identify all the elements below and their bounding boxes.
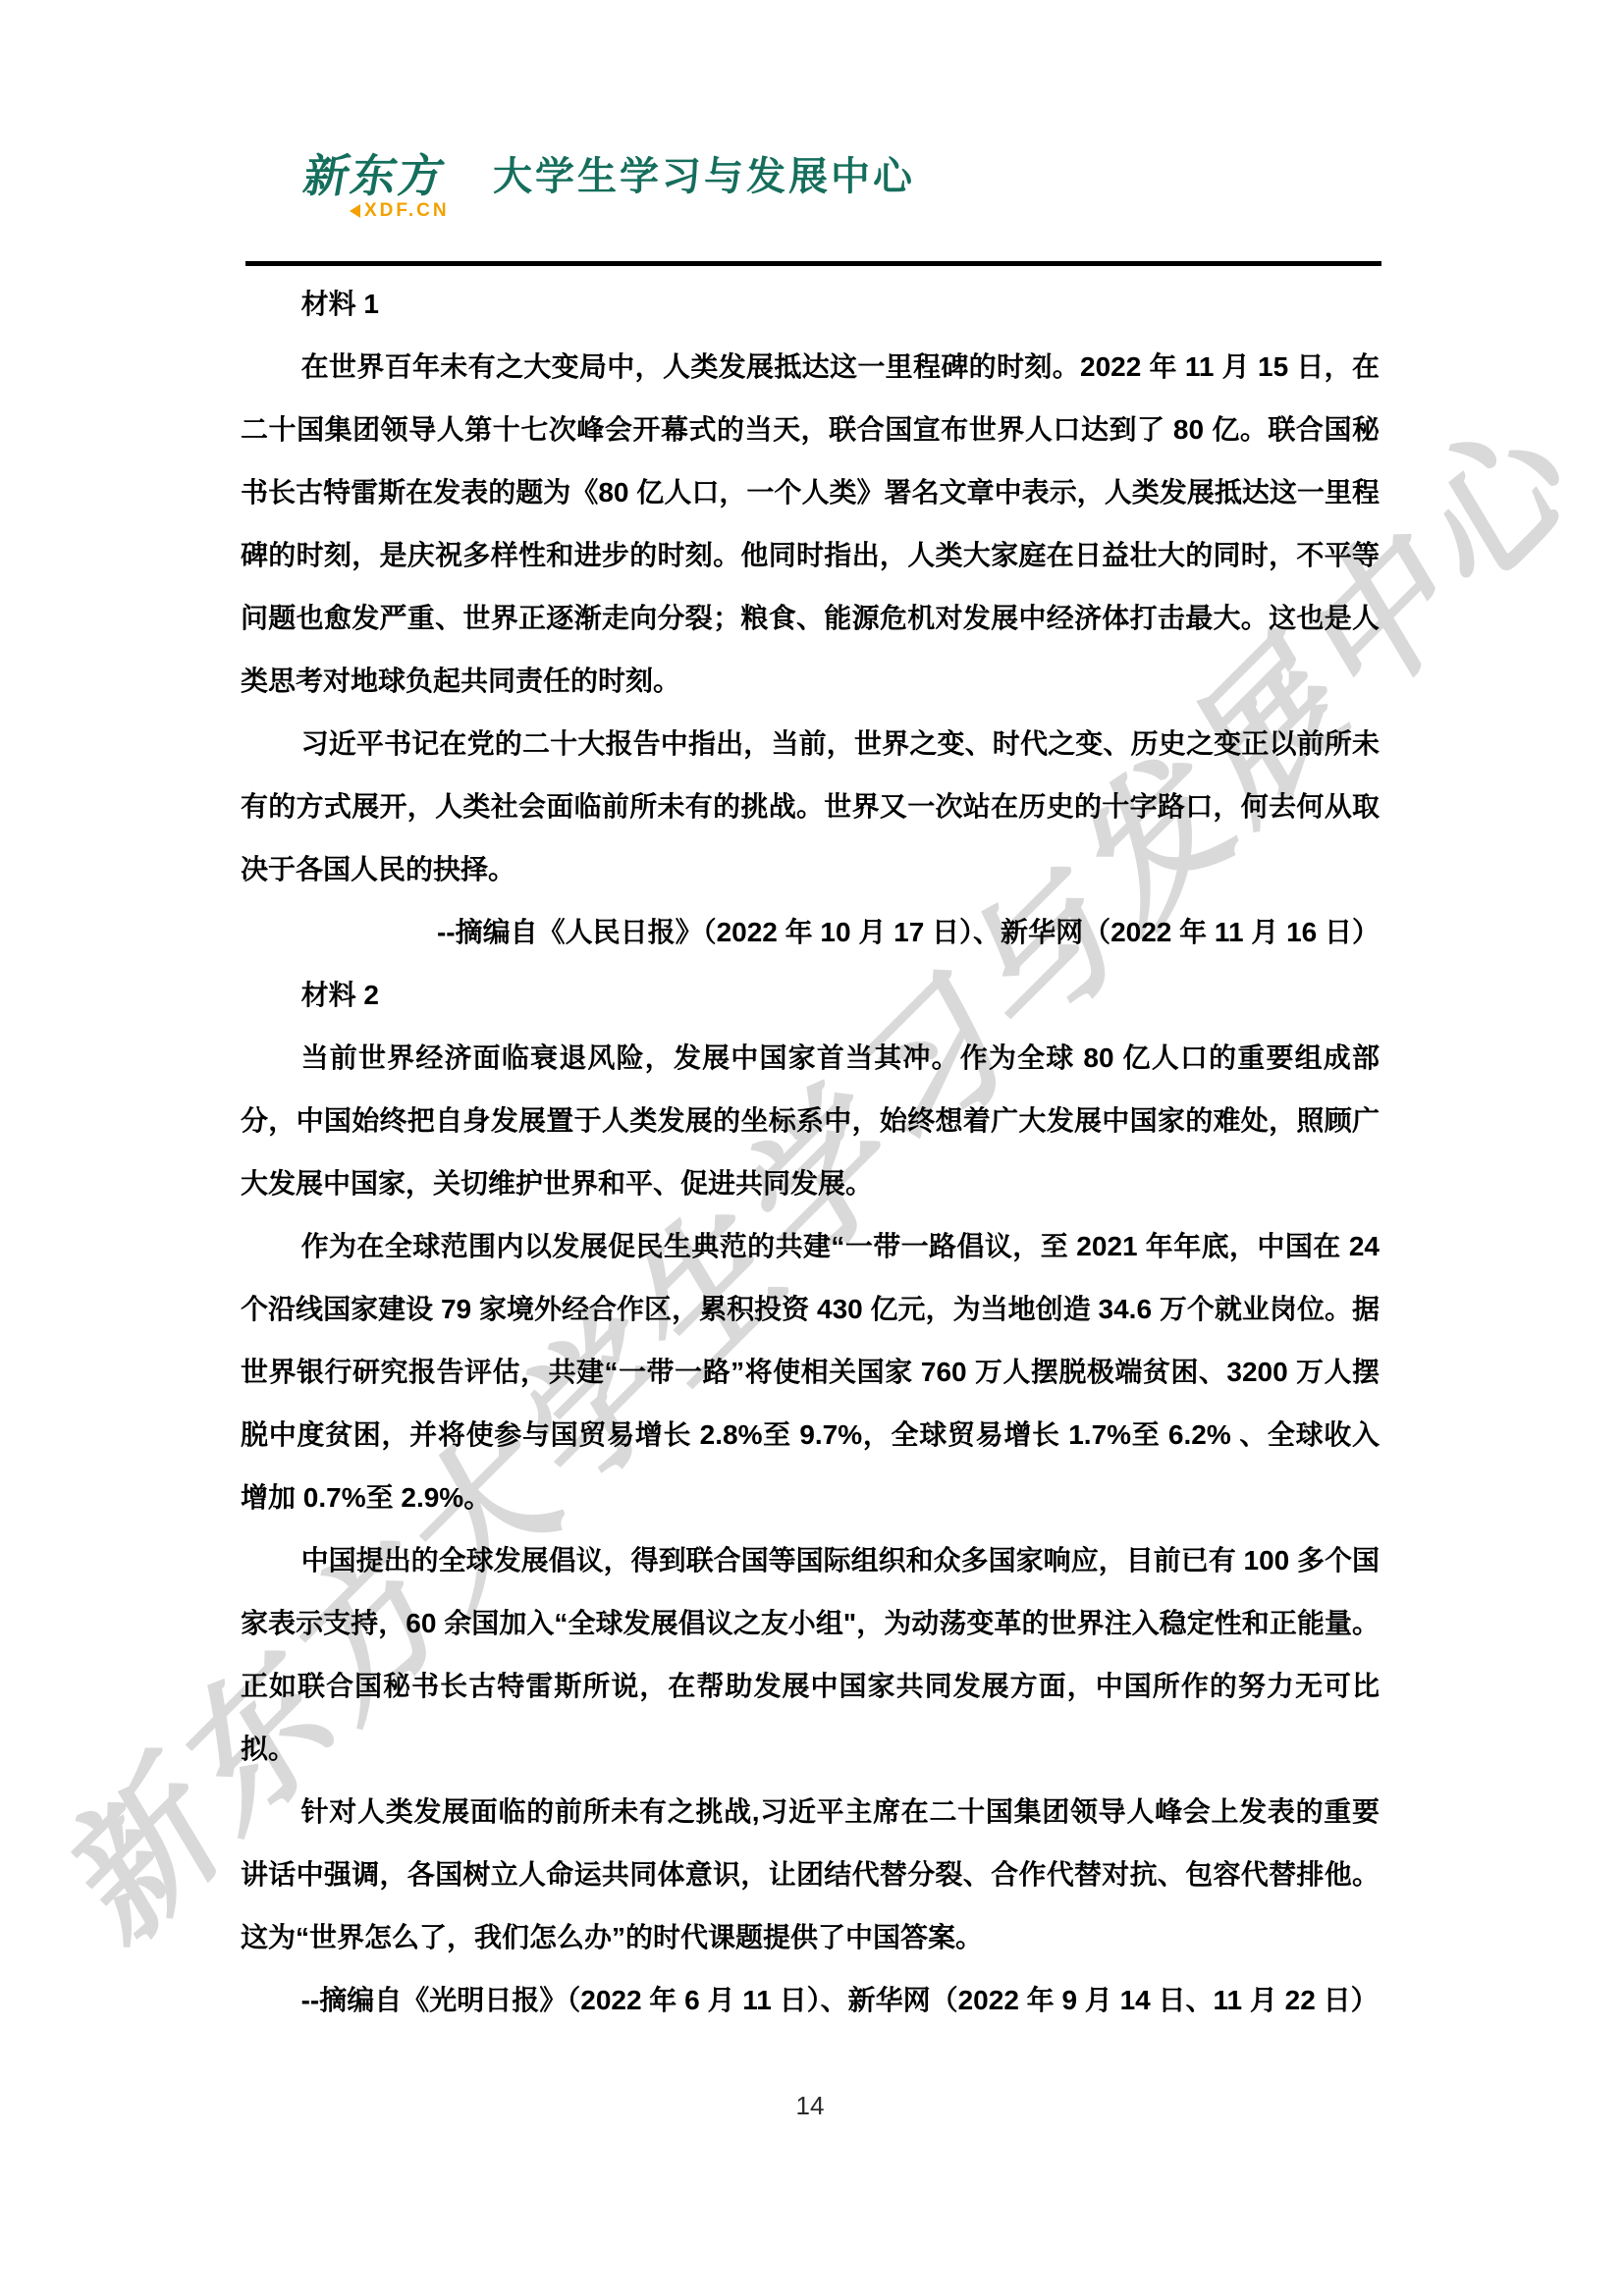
section-1-paragraph-2: 习近平书记在党的二十大报告中指出，当前，世界之变、时代之变、历史之变正以前所未有… [241, 713, 1380, 901]
section-2-paragraph-2: 作为在全球范围内以发展促民生典范的共建“一带一路倡议，至 2021 年年底，中国… [241, 1215, 1380, 1529]
section-2-paragraph-1: 当前世界经济面临衰退风险，发展中国家首当其冲。作为全球 80 亿人口的重要组成部… [241, 1027, 1380, 1215]
logo-arrow-icon [350, 204, 360, 218]
page-header: 新东方 XDF.CN 大学生学习与发展中心 [304, 153, 1384, 232]
xdf-logo-wordmark: 新东方 [300, 153, 450, 198]
xdf-logo-domain-row: XDF.CN [350, 201, 450, 220]
xdf-logo-domain: XDF.CN [364, 201, 450, 220]
section-2-paragraph-4: 针对人类发展面临的前所未有之挑战,习近平主席在二十国集团领导人峰会上发表的重要讲… [241, 1781, 1380, 1969]
document-body: 材料 1 在世界百年未有之大变局中，人类发展抵达这一里程碑的时刻。2022 年 … [241, 273, 1380, 2032]
section-2-attribution: --摘编自《光明日报》（2022 年 6 月 11 日）、新华网（2022 年 … [241, 1969, 1380, 2032]
page-number: 14 [241, 2091, 1380, 2121]
document-page: 新东方大学生学习与发展中心 新东方 XDF.CN 大学生学习与发展中心 材料 1… [0, 0, 1624, 2296]
section-2-heading: 材料 2 [241, 964, 1380, 1027]
header-divider [245, 261, 1381, 266]
header-title: 大学生学习与发展中心 [493, 157, 915, 196]
section-1-heading: 材料 1 [241, 273, 1380, 336]
section-1-paragraph-1: 在世界百年未有之大变局中，人类发展抵达这一里程碑的时刻。2022 年 11 月 … [241, 336, 1380, 713]
section-1-attribution: --摘编自《人民日报》（2022 年 10 月 17 日）、新华网（2022 年… [241, 901, 1380, 964]
section-2-paragraph-3: 中国提出的全球发展倡议，得到联合国等国际组织和众多国家响应，目前已有 100 多… [241, 1529, 1380, 1781]
